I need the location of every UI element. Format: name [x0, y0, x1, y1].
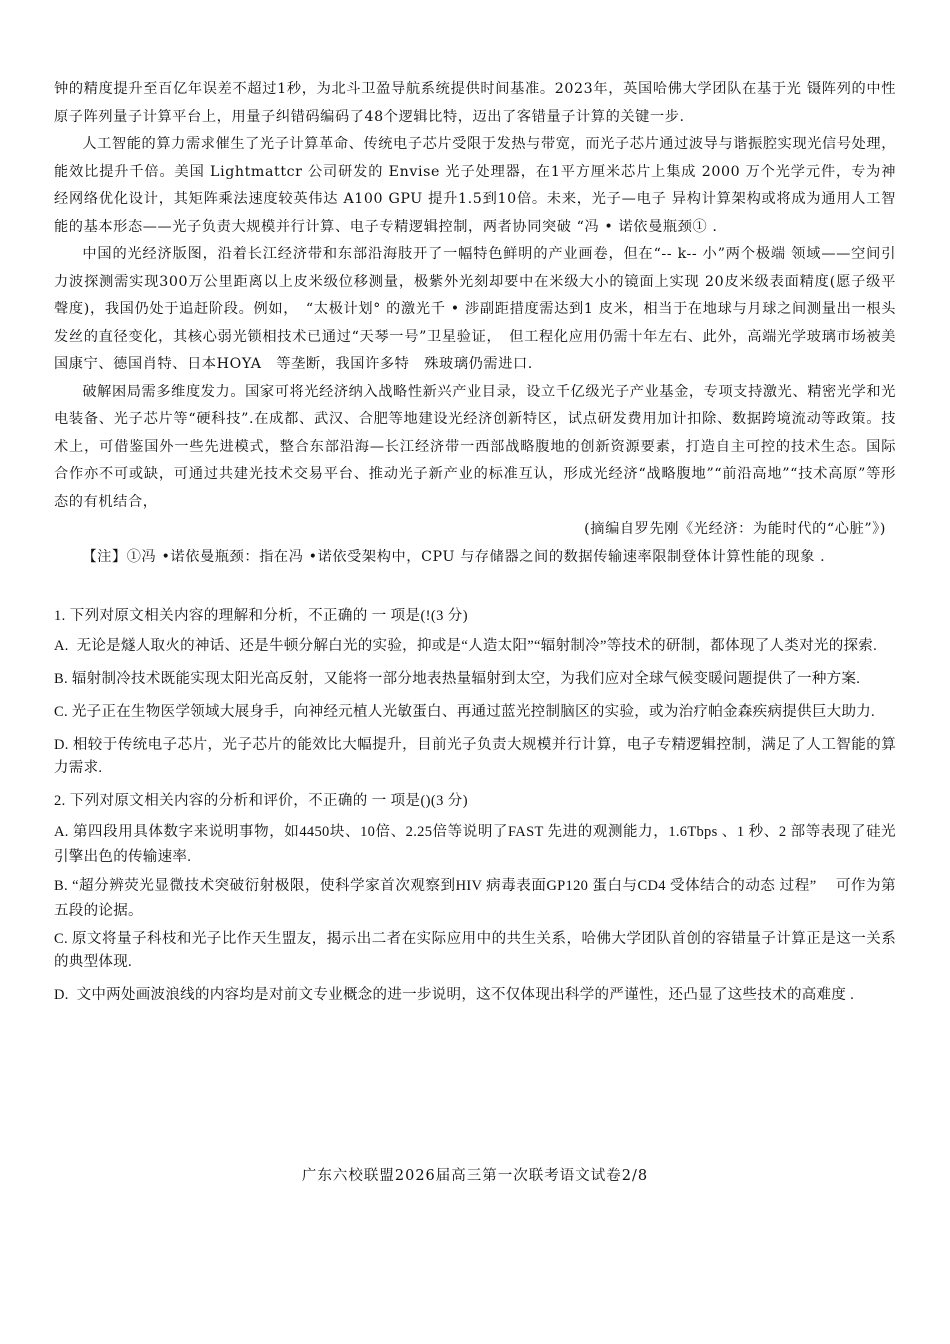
- question-1-option-b: B. 辐射制冷技术既能实现太阳光高反射，又能将一部分地表热量辐射到太空，为我们应…: [54, 668, 896, 691]
- option-label: A.: [54, 638, 69, 654]
- question-1-option-d: D. 相较于传统电子芯片，光子芯片的能效比大幅提升，目前光子负责大规模并行计算，…: [54, 734, 896, 780]
- question-2-option-a: A. 第四段用具体数字来说明事物，如4450块、10倍、2.25倍等说明了FAS…: [54, 820, 896, 870]
- option-label: B.: [54, 878, 68, 894]
- option-text: 辐射制冷技术既能实现太阳光高反射，又能将一部分地表热量辐射到太空，为我们应对全球…: [72, 671, 860, 687]
- passage-paragraph-2: 人工智能的算力需求催生了光子计算革命、传统电子芯片受限于发热与带宽，而光子芯片通…: [54, 131, 896, 241]
- passage-source: (摘编自罗先刚《光经济：为能时代的“心脏”》): [54, 516, 896, 544]
- question-1-stem: 1. 下列对原文相关内容的理解和分析，不正确的 一 项是(!(3 分): [54, 605, 896, 627]
- option-label: C.: [54, 931, 68, 947]
- question-2-option-c: C. 原文将量子科枝和光子比作天生盟友，揭示出二者在实际应用中的共生关系，哈佛大…: [54, 928, 896, 974]
- question-2-option-b: B. “超分辨荧光显微技术突破衍射极限，使科学家首次观察到HIV 病毒表面GP1…: [54, 874, 896, 924]
- passage-paragraph-1: 钟的精度提升至百亿年误差不超过1秒，为北斗卫盈导航系统提供时间基准。2023年，…: [54, 76, 896, 131]
- question-1: 1. 下列对原文相关内容的理解和分析，不正确的 一 项是(!(3 分) A. 无…: [54, 605, 896, 780]
- question-2-option-d: D. 文中两处画波浪线的内容均是对前文专业概念的进一步说明，这不仅体现出科学的严…: [54, 984, 896, 1007]
- question-1-option-a: A. 无论是燧人取火的神话、还是牛顿分解白光的实验，抑或是“人造太阳”“辐射制冷…: [54, 635, 896, 658]
- page-footer: 广东六校联盟2026届高三第一次联考语文试卷2/8: [0, 1164, 950, 1185]
- option-label: A.: [54, 824, 69, 840]
- option-label: D.: [54, 737, 69, 753]
- passage-paragraph-4: 破解困局需多维度发力。国家可将光经济纳入战略性新兴产业目录，设立千亿级光子产业基…: [54, 379, 896, 517]
- question-1-option-c: C. 光子正在生物医学领域大展身手，向神经元植人光敏蛋白、再通过蓝光控制脑区的实…: [54, 701, 896, 724]
- option-text: 光子正在生物医学领域大展身手，向神经元植人光敏蛋白、再通过蓝光控制脑区的实验，或…: [72, 704, 875, 720]
- questions-section: 1. 下列对原文相关内容的理解和分析，不正确的 一 项是(!(3 分) A. 无…: [54, 605, 896, 1007]
- option-text: 无论是燧人取火的神话、还是牛顿分解白光的实验，抑或是“人造太阳”“辐射制冷”等技…: [77, 638, 877, 654]
- passage-note: 【注】①冯 •诺依曼瓶颈：指在冯 •诺依受架构中，CPU 与存储器之间的数据传输…: [54, 544, 896, 572]
- question-2-stem: 2. 下列对原文相关内容的分析和评价，不正确的 一 项是()(3 分): [54, 790, 896, 812]
- option-text: “超分辨荧光显微技术突破衍射极限，使科学家首次观察到HIV 病毒表面GP120 …: [54, 878, 896, 919]
- option-text: 第四段用具体数字来说明事物，如4450块、10倍、2.25倍等说明了FAST 先…: [54, 824, 896, 865]
- exam-page: 钟的精度提升至百亿年误差不超过1秒，为北斗卫盈导航系统提供时间基准。2023年，…: [54, 76, 896, 1017]
- option-text: 相较于传统电子芯片，光子芯片的能效比大幅提升，目前光子负责大规模并行计算，电子专…: [54, 737, 896, 776]
- option-text: 原文将量子科枝和光子比作天生盟友，揭示出二者在实际应用中的共生关系，哈佛大学团队…: [54, 931, 896, 970]
- option-label: B.: [54, 671, 68, 687]
- option-text: 文中两处画波浪线的内容均是对前文专业概念的进一步说明，这不仅体现出科学的严谨性，…: [77, 987, 854, 1003]
- reading-passage: 钟的精度提升至百亿年误差不超过1秒，为北斗卫盈导航系统提供时间基准。2023年，…: [54, 76, 896, 571]
- option-label: D.: [54, 987, 69, 1003]
- question-2: 2. 下列对原文相关内容的分析和评价，不正确的 一 项是()(3 分) A. 第…: [54, 790, 896, 1007]
- passage-paragraph-3: 中国的光经济版图，沿着长江经济带和东部沿海肢开了一幅特色鲜明的产业画卷，但在“-…: [54, 241, 896, 379]
- option-label: C.: [54, 704, 68, 720]
